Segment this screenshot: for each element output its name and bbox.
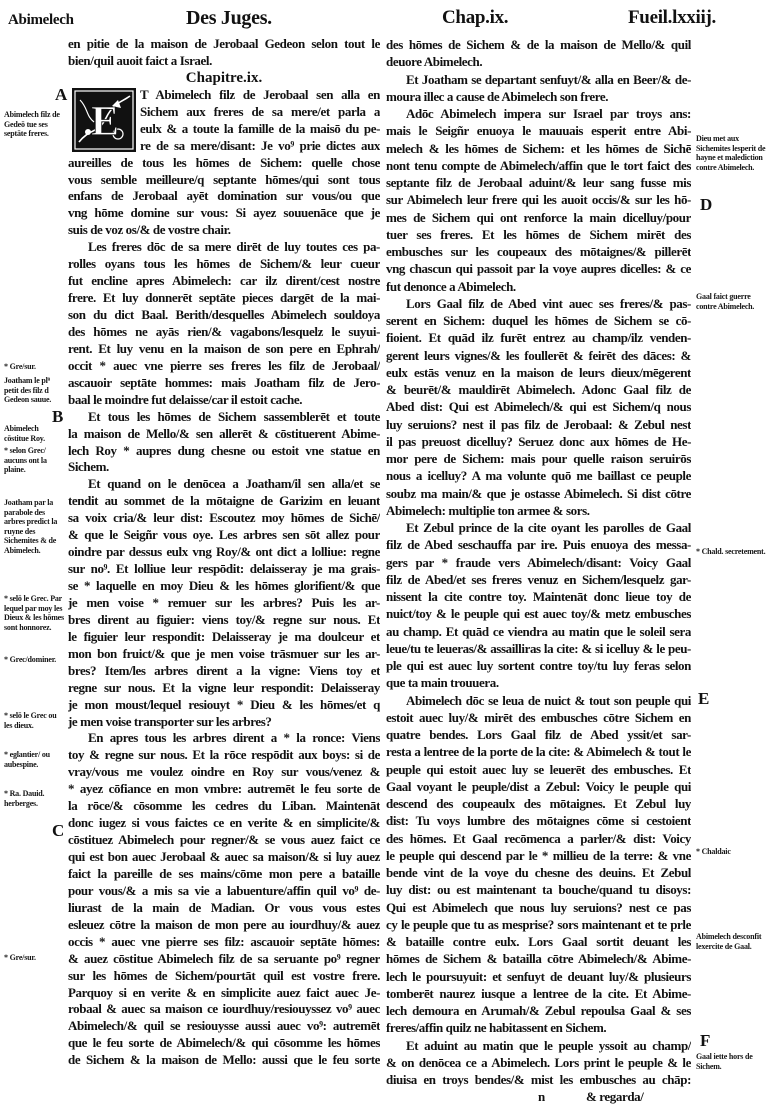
margin-note: * selon Grec/ aucuns ont la plaine.	[4, 446, 64, 475]
text-line: septante filz de Jerobaal aduint/& leur …	[386, 174, 691, 191]
text-line: En apres tous les arbres dirent a * la r…	[68, 730, 380, 747]
text-line: mes de Sichem qui ont renforce la main d…	[386, 209, 691, 226]
text-line: bende vint de la voye du chesne des deui…	[386, 864, 691, 881]
text-line: fut denonce a Abimelech.	[386, 278, 691, 295]
signature-mark: n	[538, 1088, 545, 1105]
text-line: nuict/toy & le peuple qui est auec toy/&…	[386, 605, 691, 622]
section-letter-f: F	[700, 1032, 710, 1049]
text-line: soubz ma main/& que je ostasse Abimelech…	[386, 485, 691, 502]
catchword-line: n & regarda/	[386, 1088, 691, 1105]
text-line: occit * auec vne pierre ses freres les f…	[68, 358, 380, 375]
text-line: luy seruions? nest il pas filz de Jeroba…	[386, 416, 691, 433]
text-line: Abimelech: multiplie ton armee & sors.	[386, 502, 691, 519]
text-line: liurast de la main de Madian. Or vous vo…	[68, 900, 380, 917]
text-line: je mon moust/lequel resiouyt * Dieu & le…	[68, 697, 380, 714]
text-line: son du dict Baal. Berith/desquelles Abim…	[68, 307, 380, 324]
text-line: filz de Abed seschauffa par ire. Puis en…	[386, 536, 691, 553]
text-line: melech & les hōmes de Sichem: et les hōm…	[386, 140, 691, 157]
margin-note: Gaal iette hors de Sichem.	[696, 1052, 768, 1071]
text-line: Abimelech dōc se leua de nuict & tout so…	[386, 692, 691, 709]
text-line: serent en Sichem: duquel les hōmes de Si…	[386, 312, 691, 329]
text-line: occis * auec vne pierre ses filz: ascauo…	[68, 934, 380, 951]
text-line: dist: Tu voys lumbre des mōtaignes cōme …	[386, 812, 691, 829]
text-line: Qui est Abimelech que nous luy seruions?…	[386, 899, 691, 916]
text-line: lech le poursuyuit: et senfuyt de deuant…	[386, 968, 691, 985]
text-line: Abimelech/& quil se resiouysse aussi aue…	[68, 1018, 380, 1035]
text-line: eulx estās venuz en la maison de leurs d…	[386, 364, 691, 381]
text-line: faict la pareille de ses mains/cōme mon …	[68, 866, 380, 883]
text-line: mais le Seigñr enuoya le mauuais esperit…	[386, 122, 691, 139]
text-line: estoit auec luy/& mirēt des embusches cō…	[386, 709, 691, 726]
text-line: la rōce/& cōsomme les cedres du Liban. M…	[68, 798, 380, 815]
text-line: robaal & auec sa maison ce iourdhuy/resi…	[68, 1001, 380, 1018]
margin-note: * Chaldaic	[696, 847, 768, 857]
text-line: sur no⁹. Et lolliue leur respōdit: delai…	[68, 561, 380, 578]
margin-note: * selō le Grec. Par lequel par moy les D…	[4, 594, 64, 632]
section-letter-c: C	[52, 822, 64, 839]
text-line: le figuier leur respondit: Delaisseray j…	[68, 629, 380, 646]
margin-note: Joatham le pl⁹ petit des filz d Gedeon s…	[4, 376, 64, 405]
text-line: & beurēt/& mauldirēt Abimelech. Adonc Ga…	[386, 381, 691, 398]
text-line: au champ. Et quād ce viendra au matin qu…	[386, 623, 691, 640]
folio-number: Fueil.lxxiij.	[628, 7, 716, 29]
left-column: en pitie de la maison de Jerobaal Gedeon…	[68, 36, 380, 1069]
text-line: Les freres dōc de sa mere dirēt de luy t…	[68, 239, 380, 256]
text-line: Et aduint au matin que le peuple yssoit …	[386, 1037, 691, 1054]
text-line: sa voix cria/& leur dist: Escoutez moy h…	[68, 510, 380, 527]
text-line: il pas preuost dicelluy? Seruez donc aux…	[386, 433, 691, 450]
margin-note: Abimelech cōstitue Roy.	[4, 424, 64, 443]
right-column: des hōmes de Sichem & de la maison de Me…	[386, 36, 691, 1106]
text-line: Et Zebul prince de la cite oyant les par…	[386, 519, 691, 536]
text-line: vng hōme domine sur vous: Si ayez souuen…	[68, 205, 380, 222]
margin-note: Joatham par la parabole des arbres predi…	[4, 498, 64, 556]
book-title: Des Juges.	[186, 7, 272, 30]
text-line: tomberēt naurez iusque a lentree de la c…	[386, 985, 691, 1002]
margin-note: Abimelech desconfit lexercite de Gaal.	[696, 932, 768, 951]
text-line: tuer ses freres. Et les hōmes de Sichem …	[386, 226, 691, 243]
text-line: mor pere de Sichem: mais pour quelle rai…	[386, 450, 691, 467]
text-line: descend des coupeaulx des mōtaignes. Et …	[386, 795, 691, 812]
text-line: diuisa en troys bendes/& mist les embusc…	[386, 1071, 691, 1088]
text-line: oindre par dessus eulx vng Roy/& ont dic…	[68, 544, 380, 561]
text-line: re de sa mere/disant: Je vo⁹ prie dictes…	[68, 138, 380, 155]
text-line: Sichem aux freres de sa mere/et parla a	[68, 104, 380, 121]
text-line: suis de voz os/& de vostre chair.	[68, 222, 380, 239]
text-line: & on denōcea ce a Abimelech. Lors print …	[386, 1054, 691, 1071]
text-line: des hōmes. Et Gaal recōmenca a parler/& …	[386, 830, 691, 847]
text-line: aureilles de tous les hōmes de Sichem: q…	[68, 155, 380, 172]
text-line: nissent la cite contre toy. Maintenāt do…	[386, 588, 691, 605]
catchword: & regarda/	[586, 1088, 644, 1105]
text-line: pour vous/& a mis sa vie a labuenture/af…	[68, 883, 380, 900]
text-line: regne sur nous. Et la vigne leur respond…	[68, 680, 380, 697]
text-line: la maison de Mello/& sen allerēt & cōsti…	[68, 426, 380, 443]
text-line: quatre bendes. Lors Gaal filz de Abed ys…	[386, 726, 691, 743]
text-line: de Sichem & la maison de Mello: aussi qu…	[68, 1052, 380, 1069]
text-line: Et tous les hōmes de Sichem sassemblerēt…	[68, 409, 380, 426]
text-line: mon bon fruict/& que je men voise trāsmu…	[68, 646, 380, 663]
text-line: qui est bon auec Jerobaal & auec sa mais…	[68, 849, 380, 866]
text-line: vng chascun qui passoit par la voye aupr…	[386, 260, 691, 277]
text-line: & auez cōstitue Abimelech filz de sa ser…	[68, 951, 380, 968]
text-line: sur les hōmes de Sichem/pourtāt quil est…	[68, 968, 380, 985]
text-line: bres? Item/les arbres dirent a la vigne:…	[68, 663, 380, 680]
text-line: que le feu sorte de Abimelech/& qui cōso…	[68, 1035, 380, 1052]
text-line: Et quand on le denōcea a Joatham/il sen …	[68, 476, 380, 493]
text-line: toy & regne sur nous. Et la rōce respōdi…	[68, 747, 380, 764]
text-line: fioient. Et quād ilz furēt entrez au cha…	[386, 329, 691, 346]
section-letter-a: A	[55, 86, 67, 103]
section-letter-e: E	[698, 690, 709, 707]
text-line: fut encline apres Abimelech: car ilz dir…	[68, 273, 380, 290]
text-line: Lors Gaal filz de Abed vint auec ses fre…	[386, 295, 691, 312]
margin-note: * Grec/dominer.	[4, 655, 64, 665]
text-line: frere. Et luy donnerēt septāte pieces da…	[68, 290, 380, 307]
text-line: deuore Abimelech.	[386, 53, 691, 70]
text-line: bres dirent au figuier: viens toy/& regn…	[68, 612, 380, 629]
text-line: eulx & a toute la famille de la maisō du…	[68, 121, 380, 138]
section-letter-d: D	[700, 196, 712, 213]
margin-note: Dieu met aux Sichemites lesperit de hayn…	[696, 134, 768, 172]
text-line: & que le Seigñr vous oye. Les arbres sen…	[68, 527, 380, 544]
text-line: tendit au sommet de la mōtaigne de Gariz…	[68, 493, 380, 510]
text-line: Parquoy si en verite & en simplicite aue…	[68, 985, 380, 1002]
text-line: vous semble meilleure/q septante hōmes/q…	[68, 172, 380, 189]
text-line: ascauoir septāte hommes: mais Joatham fi…	[68, 375, 380, 392]
text-line: Adōc Abimelech impera sur Israel par tro…	[386, 105, 691, 122]
text-line: Abed dist: Qui est Abimelech/& qui est S…	[386, 398, 691, 415]
text-line: T Abimelech filz de Jerobaal sen alla en	[68, 87, 380, 104]
text-line: leue/tu te leueras/& assailliras la cite…	[386, 640, 691, 657]
text-line: Gaal voyant le peuple/dist a Zebul: Voic…	[386, 778, 691, 795]
text-line: rent. Et luy venu en la maison de son pe…	[68, 341, 380, 358]
text-line: moura illec a cause de Abimelech son fre…	[386, 88, 691, 105]
text-line: Sichem.	[68, 459, 380, 476]
text-line: peuple qui estoit auec luy se leuerēt de…	[386, 761, 691, 778]
text-line: * ayez cōfiance en mon vmbre: autremēt l…	[68, 781, 380, 798]
text-line: nont tenu compte de Abimelech/affin que …	[386, 157, 691, 174]
text-line: resta a lentree de la porte de la cite: …	[386, 743, 691, 760]
text-line: le peuple qui descend par le * millieu d…	[386, 847, 691, 864]
margin-note: * selō le Grec ou les dieux.	[4, 711, 64, 730]
text-line: nous a icelluy? A ma volunte quō me bail…	[386, 467, 691, 484]
margin-note: * Ra. Dauid. herberges.	[4, 789, 64, 808]
text-line: des hōmes de Sichem & de la maison de Me…	[386, 36, 691, 53]
margin-note: Gaal faict guerre contre Abimelech.	[696, 292, 768, 311]
text-line: cy le peuple que tu as mesprise? sors ma…	[386, 916, 691, 933]
text-line: hōmes de Sichem & batailla cōtre Abimele…	[386, 950, 691, 967]
text-line: lech Roy * aupres dung chesne ou estoit …	[68, 443, 380, 460]
text-line: lech demoura en Arumah/& Zebul repoulsa …	[386, 1002, 691, 1019]
text-line: cōstituez Abimelech pour regner/& se vou…	[68, 832, 380, 849]
text-line: esleuez cōtre la maison de mon pere au i…	[68, 917, 380, 934]
text-line: des hōmes ne ayās rien/& vagabons/lesque…	[68, 324, 380, 341]
text-line: Et Joatham se departant senfuyt/& alla e…	[386, 71, 691, 88]
text-line: freres/affin quilz ne habitassent en Sic…	[386, 1019, 691, 1036]
margin-note: * Gre/sur.	[4, 953, 64, 963]
text-line: gerent leurs vignes/& les foullerēt & fe…	[386, 347, 691, 364]
margin-note: * eglantier/ ou aubespine.	[4, 750, 64, 769]
text-line: se * laquelle en moy Dieu & les hōmes gl…	[68, 578, 380, 595]
chapter-heading: Chapitre.ix.	[68, 70, 380, 87]
text-line: bien/quil auoit faict a Israel.	[68, 53, 380, 70]
text-line: je men voise * remuer sur les arbres? Pu…	[68, 595, 380, 612]
text-line: je men voise transporter sur les arbres?	[68, 714, 380, 731]
text-line: enfans de Jerobaal ayēt domination sur v…	[68, 188, 380, 205]
text-line: gers par * fraude vers Abimelech/disant:…	[386, 554, 691, 571]
text-line: rolles oyans tous les hōmes de Sichem/& …	[68, 256, 380, 273]
margin-note: Abimelech filz de Gedeō tue ses septāte …	[4, 110, 62, 139]
text-line: filz de Abed/et ses freres venuz en Sich…	[386, 571, 691, 588]
text-line: donc iugez si vous faictes ce en verite …	[68, 815, 380, 832]
text-line: en pitie de la maison de Jerobaal Gedeon…	[68, 36, 380, 53]
text-line: que ta main trouuera.	[386, 674, 691, 691]
text-line: vray/vous me voulez oindre en Roy sur vo…	[68, 764, 380, 781]
text-line: embusches sur les coupeaux des mōtaignes…	[386, 243, 691, 260]
section-letter-b: B	[52, 408, 63, 425]
running-head: Abimelech	[8, 12, 74, 29]
margin-note: * Chald. secretement.	[696, 547, 768, 557]
text-line: ple qui est auec luy sortent contre toy/…	[386, 657, 691, 674]
text-line: sur Abimelech leur frere qui les auoit o…	[386, 191, 691, 208]
text-line: baal le moindre fut delaisse/car il esto…	[68, 392, 380, 409]
chapter-label: Chap.ix.	[442, 7, 508, 29]
text-line: & bataille contre eulx. Lors Gaal sortit…	[386, 933, 691, 950]
margin-note: * Gre/sur.	[4, 362, 64, 372]
text-line: luy dist: ou est maintenant ta bouche/qu…	[386, 881, 691, 898]
